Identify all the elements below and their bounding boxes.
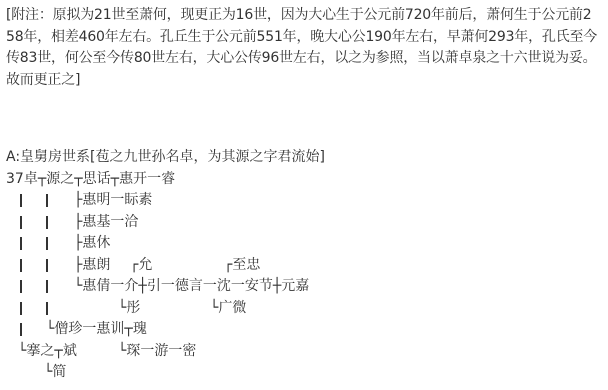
tree-heading: A:皇舅房世系[苞之九世孙名卓，为其源之字君流始] xyxy=(6,147,24,169)
tree-connector-bar xyxy=(46,280,48,293)
tree-node-text: ┌允 xyxy=(130,255,152,277)
tree-connector-bar xyxy=(20,323,22,336)
tree-node-text: └惠倩一介┼引一德言一沈一安节┼元嘉 xyxy=(74,276,309,298)
tree-connector-bar xyxy=(20,259,22,272)
tree-heading-text: A:皇舅房世系[苞之九世孙名卓，为其源之字君流始] xyxy=(6,147,325,169)
tree-node-text: ├惠朗 xyxy=(74,255,110,277)
tree-node-text: └琛一游一密 xyxy=(118,341,196,363)
tree-connector-bar xyxy=(46,194,48,207)
tree-connector-bar xyxy=(20,237,22,250)
tree-connector-bar xyxy=(20,302,22,315)
tree-node-text: ┌至忠 xyxy=(224,255,260,277)
tree-node-text: └简 xyxy=(44,362,66,384)
annotation-note: [附注：原拟为21世至萧何，现更正为16世，因为大心生于公元前720年前后，萧何… xyxy=(6,5,598,91)
tree-node-text: └彤 xyxy=(118,298,140,320)
tree-connector-bar xyxy=(46,302,48,315)
tree-node-text: ├惠明一眎素 xyxy=(74,190,152,212)
tree-node-text: └僧珍一惠训┬瑰 xyxy=(46,319,147,341)
tree-connector-bar xyxy=(20,194,22,207)
tree-node-text: └广微 xyxy=(210,298,246,320)
tree-connector-bar xyxy=(46,237,48,250)
tree-node-text: 37卓┬源之┬思话┬惠开一睿 xyxy=(6,169,175,191)
tree-connector-bar xyxy=(46,259,48,272)
tree-connector-bar xyxy=(20,216,22,229)
tree-node-text: └搴之┬斌 xyxy=(18,341,77,363)
tree-connector-bar xyxy=(46,216,48,229)
tree-node-text: ├惠基一洽 xyxy=(74,212,138,234)
tree-connector-bar xyxy=(20,280,22,293)
tree-node-text: ├惠休 xyxy=(74,233,110,255)
